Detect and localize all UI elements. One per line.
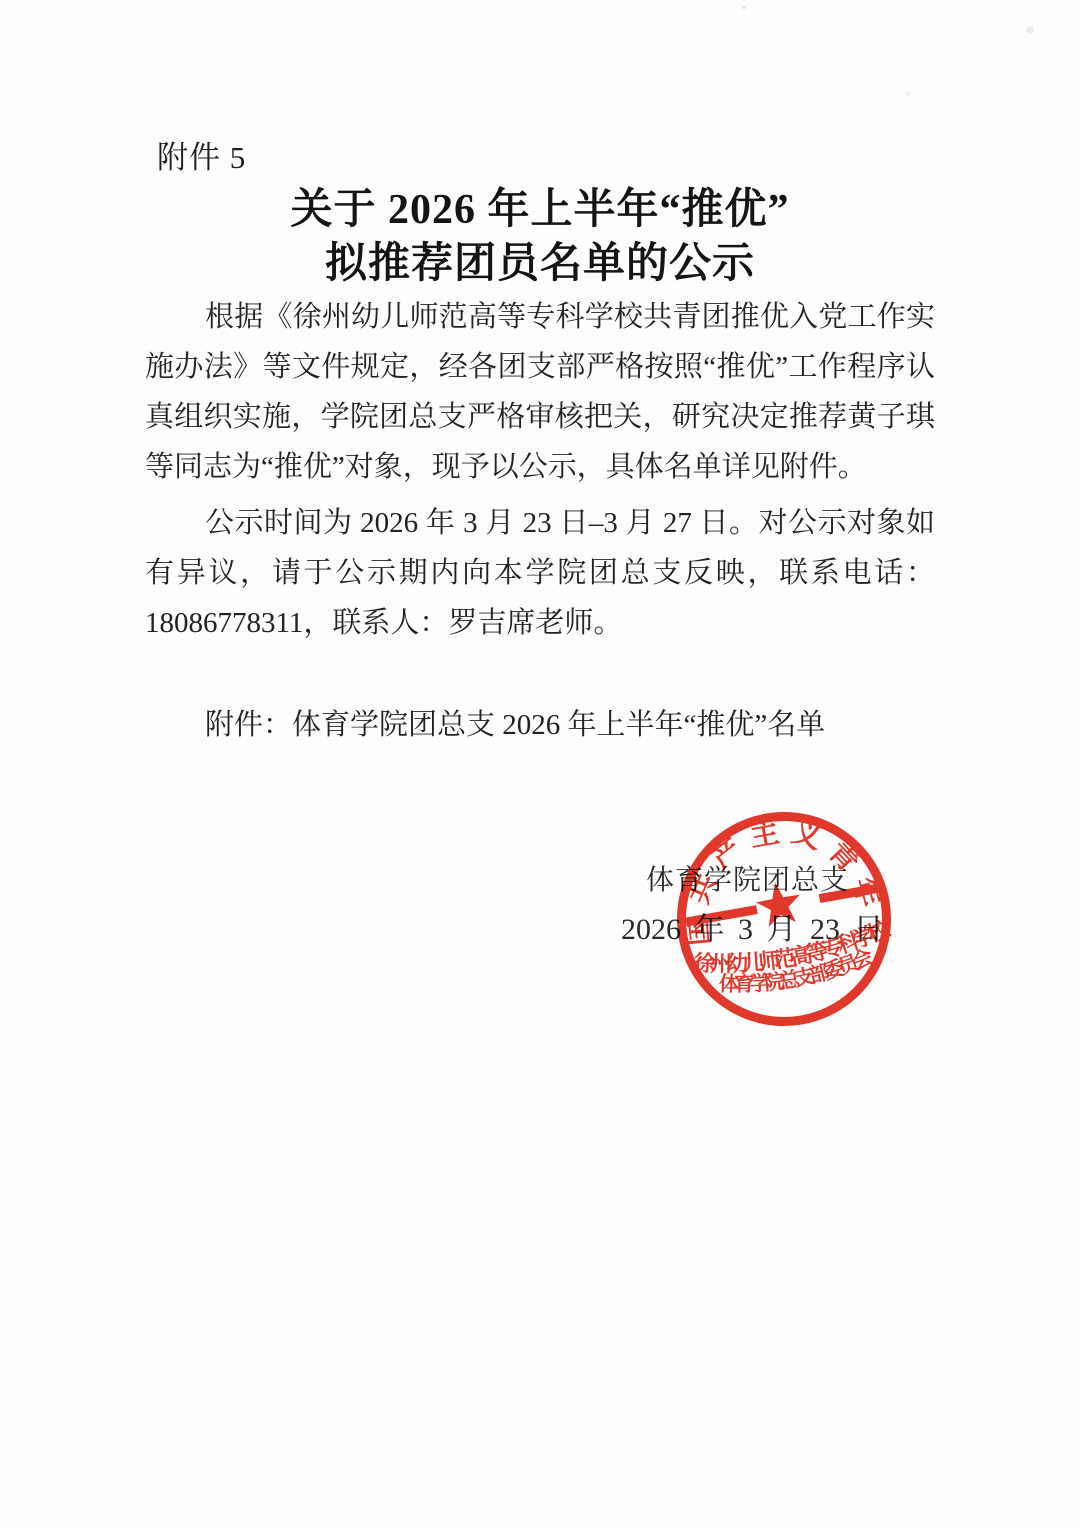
- p1-line-2: 施办法》等文件规定，经各团支部严格按照“推优”工作程序认: [145, 342, 935, 392]
- title-line-2: 拟推荐团员名单的公示: [0, 237, 1080, 291]
- paragraph-2: 公示时间为 2026 年 3 月 23 日–3 月 27 日。对公示对象如 有异…: [145, 498, 935, 648]
- p2-line-2: 有异议，请于公示期内向本学院团总支反映，联系电话：: [145, 548, 935, 598]
- title-line-1: 关于 2026 年上半年“推优”: [0, 183, 1080, 237]
- p1-line-3: 真组织实施，学院团总支严格审核把关，研究决定推荐黄子琪: [145, 392, 935, 442]
- attachment-note: 附件：体育学院团总支 2026 年上半年“推优”名单: [145, 700, 935, 750]
- p2-line-3: 18086778311，联系人：罗吉席老师。: [145, 598, 935, 648]
- official-seal: 中国共产主义青年团 徐州幼儿师范高等专科学校 体育学院总支部委员会: [654, 789, 913, 1048]
- paragraph-1: 根据《徐州幼儿师范高等专科学校共青团推优入党工作实 施办法》等文件规定，经各团支…: [145, 292, 935, 492]
- p1-line-4: 等同志为“推优”对象，现予以公示，具体名单详见附件。: [145, 442, 935, 492]
- p2-line-1: 公示时间为 2026 年 3 月 23 日–3 月 27 日。对公示对象如: [145, 498, 935, 548]
- document-title: 关于 2026 年上半年“推优” 拟推荐团员名单的公示: [0, 183, 1080, 291]
- attachment-label: 附件 5: [157, 132, 246, 177]
- document-body: 根据《徐州幼儿师范高等专科学校共青团推优入党工作实 施办法》等文件规定，经各团支…: [145, 292, 935, 750]
- scan-noise: [742, 6, 746, 9]
- document-page: 附件 5 关于 2026 年上半年“推优” 拟推荐团员名单的公示 根据《徐州幼儿…: [0, 0, 1080, 1528]
- p1-line-1: 根据《徐州幼儿师范高等专科学校共青团推优入党工作实: [145, 292, 935, 342]
- attachment-note-line: 附件：体育学院团总支 2026 年上半年“推优”名单: [145, 700, 935, 750]
- seal-star-icon: [753, 879, 804, 929]
